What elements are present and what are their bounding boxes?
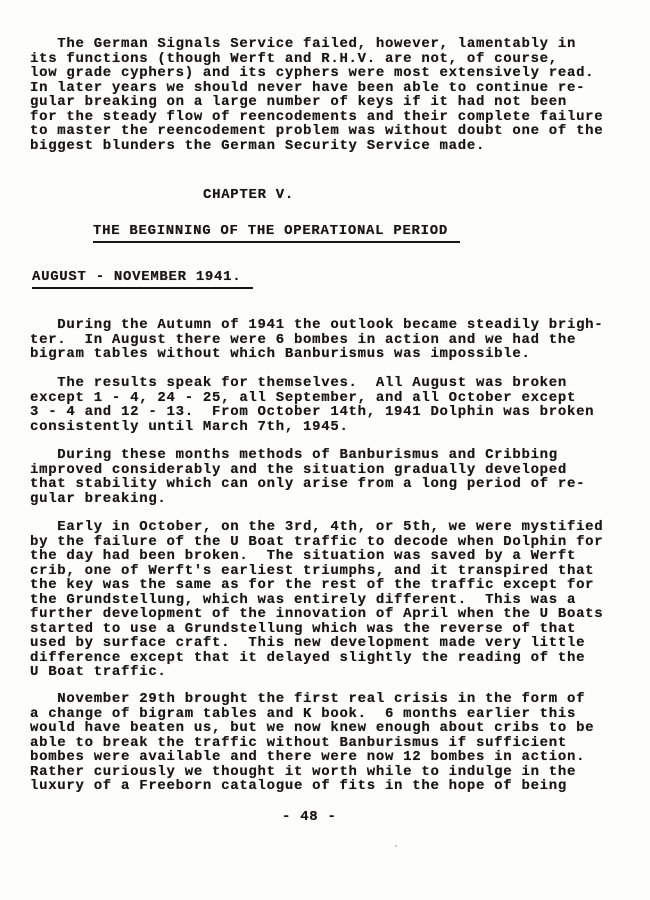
paragraph-german-signals: The German Signals Service failed, howev… (30, 37, 603, 153)
document-page: The German Signals Service failed, howev… (0, 0, 650, 900)
page-number: - 48 - (282, 810, 337, 825)
subsection-heading: AUGUST - NOVEMBER 1941. (32, 270, 253, 289)
paragraph-early-october: Early in October, on the 3rd, 4th, or 5t… (30, 520, 603, 680)
chapter-heading: CHAPTER V. (203, 188, 294, 203)
paragraph-results: The results speak for themselves. All Au… (30, 376, 594, 434)
paragraph-autumn-outlook: During the Autumn of 1941 the outlook be… (30, 318, 603, 362)
section-heading: THE BEGINNING OF THE OPERATIONAL PERIOD (93, 224, 460, 243)
paragraph-banburismus-cribbing: During these months methods of Banburism… (30, 448, 585, 506)
paragraph-november-crisis: November 29th brought the first real cri… (30, 692, 594, 794)
scan-speck (395, 845, 397, 847)
